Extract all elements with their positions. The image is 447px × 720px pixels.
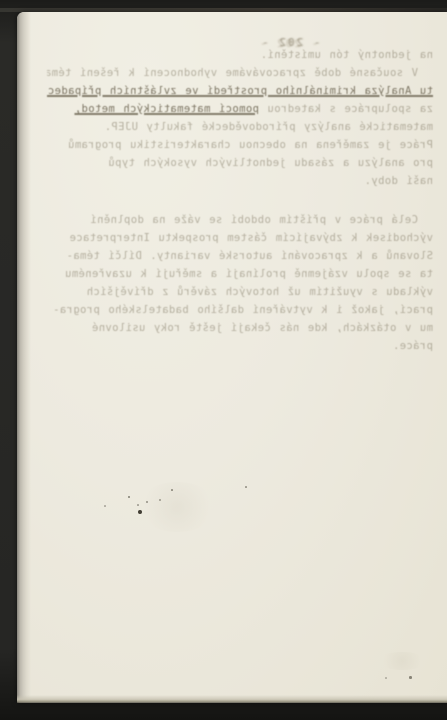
- showthrough-line: mu v otázkách, kde nás čekají ještě roky…: [47, 319, 433, 337]
- text-segment: práce.: [393, 340, 433, 352]
- text-segment: V současné době zpracováváme vyhodnocení…: [47, 67, 418, 79]
- text-segment: na jednotný tón umístění.: [260, 49, 433, 61]
- paper-smudge: [137, 482, 217, 532]
- page-edge-strip: [17, 12, 31, 703]
- showthrough-line: na jednotný tón umístění.: [47, 46, 433, 64]
- text-segment: naší doby.: [364, 175, 433, 187]
- scanned-book-page: - 202 - na jednotný tón umístění.V souča…: [0, 0, 447, 720]
- showthrough-text-block: na jednotný tón umístění.V současné době…: [47, 46, 433, 355]
- showthrough-line: matematické analýzy přírodovědecké fakul…: [47, 118, 433, 136]
- showthrough-line: tu Analýza kriminálního prostředí ve zvl…: [47, 82, 433, 100]
- text-segment: Práce je zaměřena na obecnou charakteris…: [68, 139, 433, 151]
- ink-speck: [138, 510, 142, 514]
- text-segment: výkladu s využitím už hotových závěrů z …: [86, 286, 433, 298]
- underlined-text-segment: tu Analýza kriminálního prostředí ve zvl…: [47, 85, 433, 97]
- showthrough-line: za spolupráce s katedrou pomocí matemati…: [47, 100, 433, 118]
- ink-speck: [146, 501, 148, 503]
- text-segment: za spolupráce s katedrou: [259, 103, 433, 115]
- ink-speck: [159, 499, 161, 501]
- showthrough-line: ta se spolu vzájemně prolínají a směřují…: [47, 265, 433, 283]
- showthrough-line: V současné době zpracováváme vyhodnocení…: [47, 64, 433, 82]
- text-segment: mu v otázkách, kde nás čekají ještě roky…: [92, 322, 433, 334]
- ink-speck: [171, 489, 173, 491]
- showthrough-line: výkladu s využitím už hotových závěrů z …: [47, 283, 433, 301]
- text-segment: matematické analýzy přírodovědecké fakul…: [104, 121, 433, 133]
- ink-speck: [104, 505, 106, 507]
- text-segment: prací, jakož i k vytváření dalšího badat…: [53, 304, 433, 316]
- showthrough-line: Celá práce v příštím období se váže na d…: [47, 211, 433, 229]
- text-segment: východisek k zbývajícím částem prospektu…: [69, 232, 433, 244]
- ink-speck: [409, 676, 412, 679]
- showthrough-line: východisek k zbývajícím částem prospektu…: [47, 229, 433, 247]
- text-segment: Celá práce v příštím období se váže na d…: [90, 214, 418, 226]
- showthrough-line: naší doby.: [47, 172, 433, 190]
- paper-sheet: - 202 - na jednotný tón umístění.V souča…: [17, 12, 447, 703]
- ink-speck: [137, 504, 139, 506]
- showthrough-line: Slovanů a k zpracování autorské varianty…: [47, 247, 433, 265]
- showthrough-line: Práce je zaměřena na obecnou charakteris…: [47, 136, 433, 154]
- showthrough-line: práce.: [47, 337, 433, 355]
- text-segment: pro analýzu a zásadu jednotlivých vysoký…: [108, 157, 433, 169]
- ink-speck: [385, 677, 387, 679]
- text-segment: Slovanů a k zpracování autorské varianty…: [66, 250, 433, 262]
- showthrough-line: prací, jakož i k vytváření dalšího badat…: [47, 301, 433, 319]
- showthrough-line: pro analýzu a zásadu jednotlivých vysoký…: [47, 154, 433, 172]
- ink-speck: [245, 486, 247, 488]
- paragraph-gap: [47, 190, 433, 211]
- page-bottom-edge: [17, 695, 447, 703]
- paper-smudge: [377, 652, 427, 670]
- text-segment: ta se spolu vzájemně prolínají a směřují…: [65, 268, 433, 280]
- ink-speck: [128, 496, 130, 498]
- underlined-text-segment: pomocí matematických metod,: [74, 103, 258, 115]
